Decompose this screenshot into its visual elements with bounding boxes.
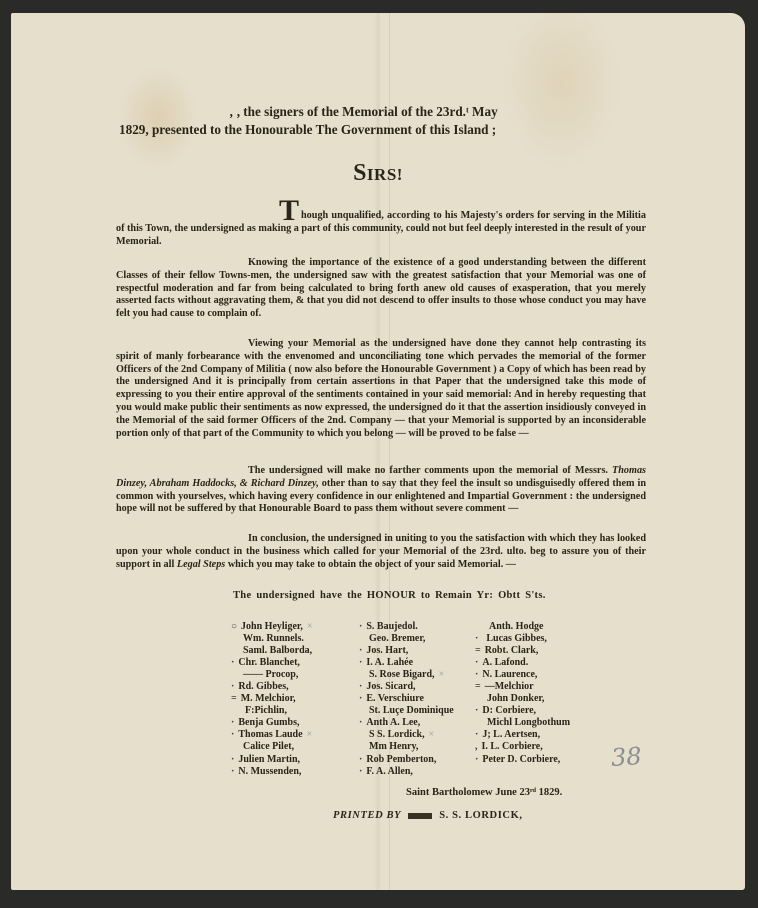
paragraph-5: In conclusion, the undersigned in unitin… xyxy=(116,533,646,571)
signature: —— Procop, xyxy=(231,669,313,681)
paragraph-3: Viewing your Memorial as the undersigned… xyxy=(116,338,646,440)
signature: ·Benja Gumbs, xyxy=(231,717,313,729)
signature: F:Pichlin, xyxy=(231,705,313,717)
signature: ·Thomas Laude× xyxy=(231,729,313,741)
signature: ·Anth A. Lee, xyxy=(359,717,454,729)
signature-column-1: ○John Heyliger,× Wm. Runnels. Saml. Balb… xyxy=(231,621,313,778)
document-heading: ‚ , the signers of the Memorial of the 2… xyxy=(119,103,649,139)
signature: ·Lucas Gibbes, xyxy=(475,633,570,645)
heading-line-1: ‚ , the signers of the Memorial of the 2… xyxy=(119,103,649,121)
paragraph-4: The undersigned will make no farther com… xyxy=(116,465,646,516)
document-page: ‚ , the signers of the Memorial of the 2… xyxy=(11,13,745,890)
printer-prefix: PRINTED BY xyxy=(333,810,401,821)
paragraph-2-text: Knowing the importance of the existence … xyxy=(116,257,646,319)
signature: S. Rose Bigard,× xyxy=(359,669,454,681)
signature: Michl Longbothum xyxy=(475,717,570,729)
signature: ·D: Corbiere, xyxy=(475,705,570,717)
printer-name: S. S. LORDICK, xyxy=(439,810,522,821)
signature: John Donker, xyxy=(475,693,570,705)
signature: Calice Pilet, xyxy=(231,741,313,753)
signature: ·E. Verschiure xyxy=(359,693,454,705)
signature: St. Luçe Dominique xyxy=(359,705,454,717)
signature: ,I. L. Corbiere, xyxy=(475,741,570,753)
salutation: SIRS! xyxy=(11,160,745,187)
place-and-date: Saint Bartholomew June 23ʳᵈ 1829. xyxy=(406,787,562,798)
signature: =Robt. Clark, xyxy=(475,645,570,657)
signature: ·Jos. Hart, xyxy=(359,645,454,657)
paragraph-1: Though unqualified, according to his Maj… xyxy=(116,199,646,249)
heading-line-2: 1829, presented to the Honourable The Go… xyxy=(119,121,649,139)
signature-column-2: ·S. Baujedol. Geo. Bremer, ·Jos. Hart, ·… xyxy=(359,621,454,778)
signature: ·Rob Pemberton, xyxy=(359,754,454,766)
paragraph-4-text-before: The undersigned will make no farther com… xyxy=(248,465,612,476)
signature-column-3: Anth. Hodge ·Lucas Gibbes, =Robt. Clark,… xyxy=(475,621,570,766)
paragraph-1-text: hough unqualified, according to his Maje… xyxy=(116,210,646,247)
drop-cap: T xyxy=(279,199,299,223)
signature: =—Melchior xyxy=(475,681,570,693)
pencil-annotation: 38 xyxy=(610,742,642,772)
signature: ·F. A. Allen, xyxy=(359,766,454,778)
salutation-rest: IRS! xyxy=(367,165,403,184)
paragraph-3-text: Viewing your Memorial as the undersigned… xyxy=(116,338,646,439)
signature: ·Chr. Blanchet, xyxy=(231,657,313,669)
signature: Saml. Balborda, xyxy=(231,645,313,657)
signature: Geo. Bremer, xyxy=(359,633,454,645)
signature: Mm Henry, xyxy=(359,741,454,753)
signature: ·N. Mussenden, xyxy=(231,766,313,778)
signature: ·A. Lafond. xyxy=(475,657,570,669)
signature: =M. Melchior, xyxy=(231,693,313,705)
paragraph-2: Knowing the importance of the existence … xyxy=(116,257,646,321)
signature: ·Jos. Sicard, xyxy=(359,681,454,693)
signature: ·Rd. Gibbes, xyxy=(231,681,313,693)
signature: ·J; L. Aertsen, xyxy=(475,729,570,741)
paragraph-5-italic: Legal Steps xyxy=(177,559,225,570)
signature: ·Julien Martin, xyxy=(231,754,313,766)
ink-smudge xyxy=(408,813,432,819)
signature: ·N. Laurence, xyxy=(475,669,570,681)
signature: Wm. Runnels. xyxy=(231,633,313,645)
signature: Anth. Hodge xyxy=(475,621,570,633)
closing-line: The undersigned have the HONOUR to Remai… xyxy=(233,590,546,601)
signature: ·Peter D. Corbiere, xyxy=(475,754,570,766)
paragraph-5-text-after: which you may take to obtain the object … xyxy=(225,559,516,570)
signature: ·I. A. Lahée xyxy=(359,657,454,669)
signature: ○John Heyliger,× xyxy=(231,621,313,633)
signature: ·S. Baujedol. xyxy=(359,621,454,633)
salutation-initial: S xyxy=(353,160,367,186)
signature: S S. Lordick,× xyxy=(359,729,454,741)
printer-imprint: PRINTED BY S. S. LORDICK, xyxy=(333,810,523,821)
